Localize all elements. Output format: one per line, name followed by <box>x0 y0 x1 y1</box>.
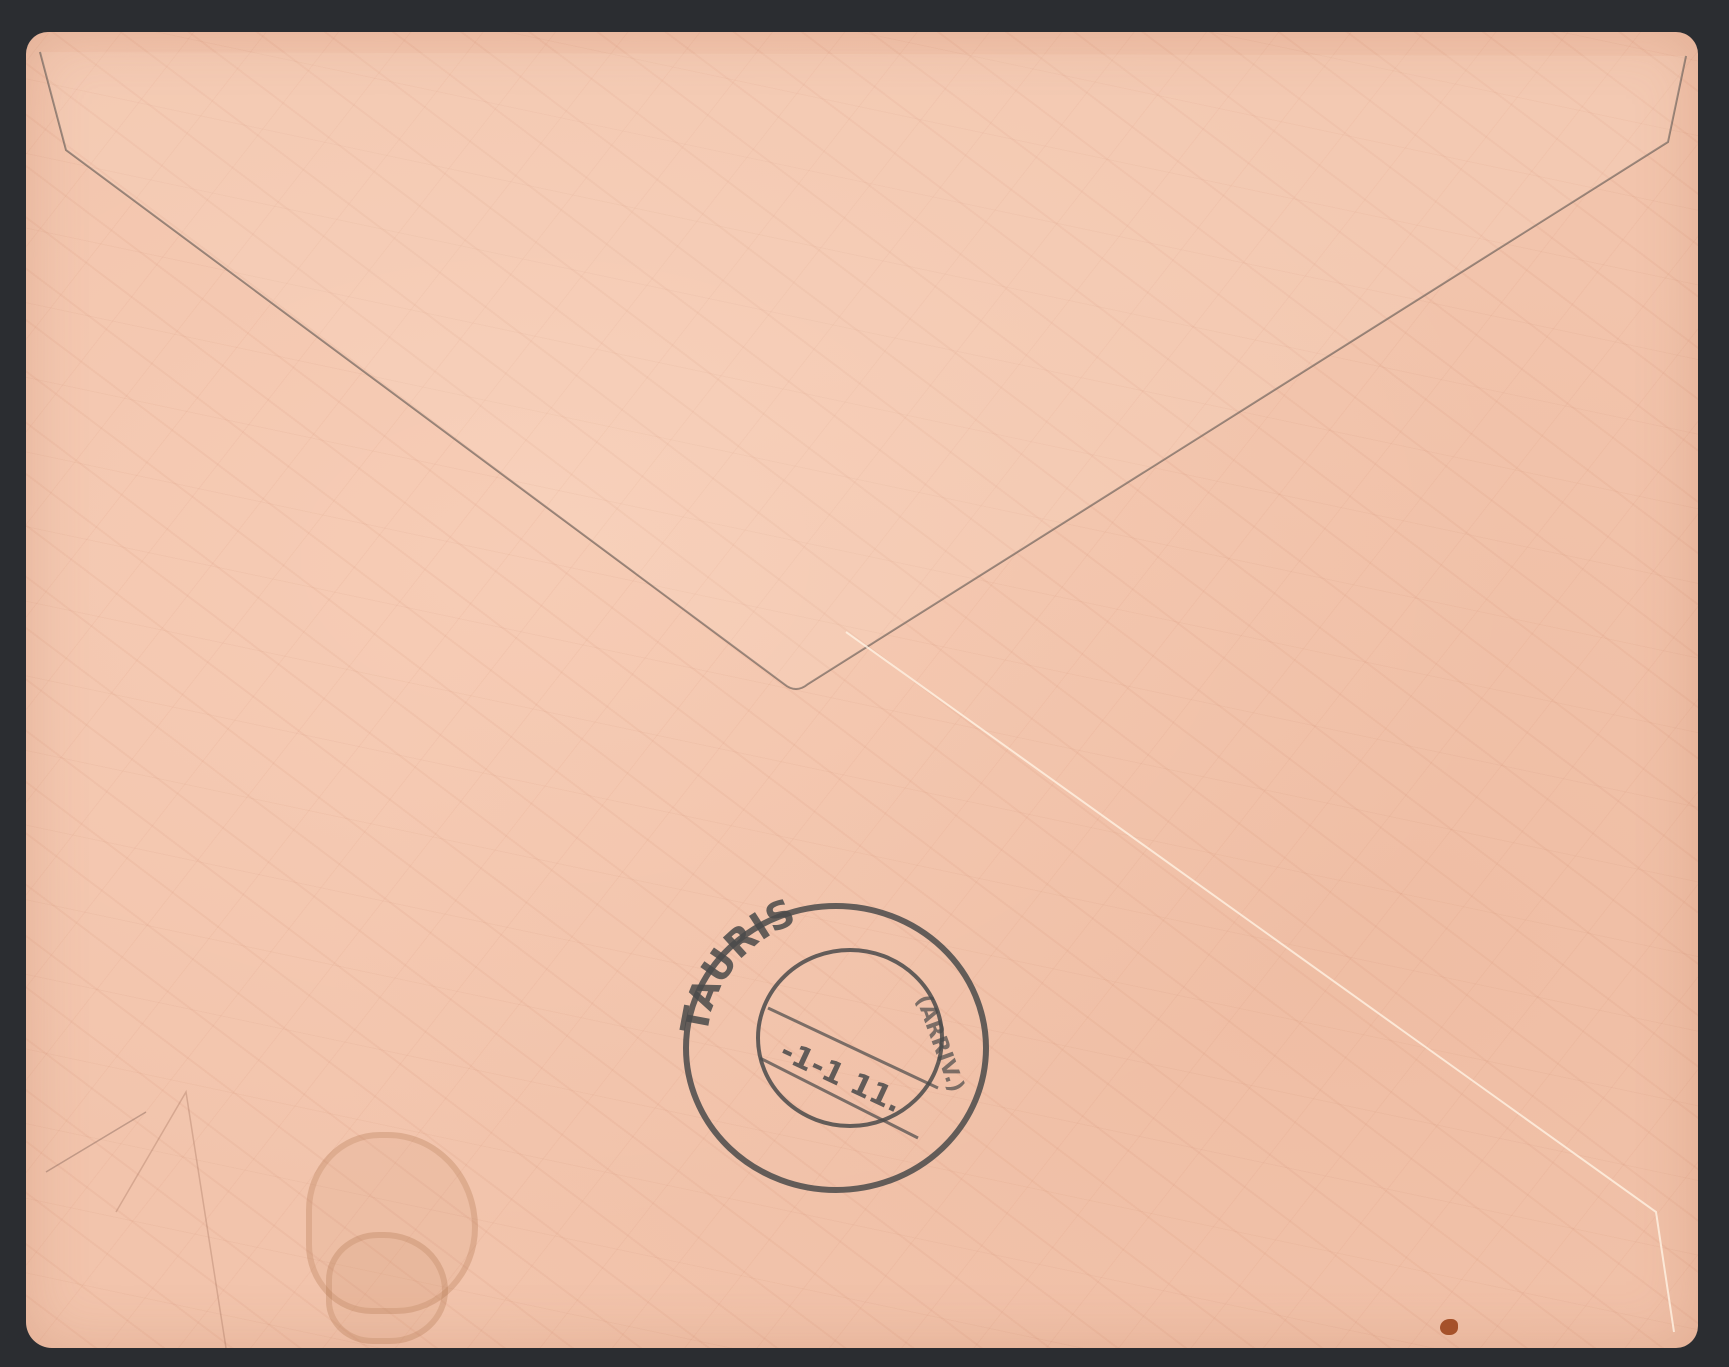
ink-spot <box>1440 1319 1458 1335</box>
water-stain <box>326 1232 448 1344</box>
postmark: TAURIS (ARRIV.) -1-1 11. <box>668 888 1000 1198</box>
